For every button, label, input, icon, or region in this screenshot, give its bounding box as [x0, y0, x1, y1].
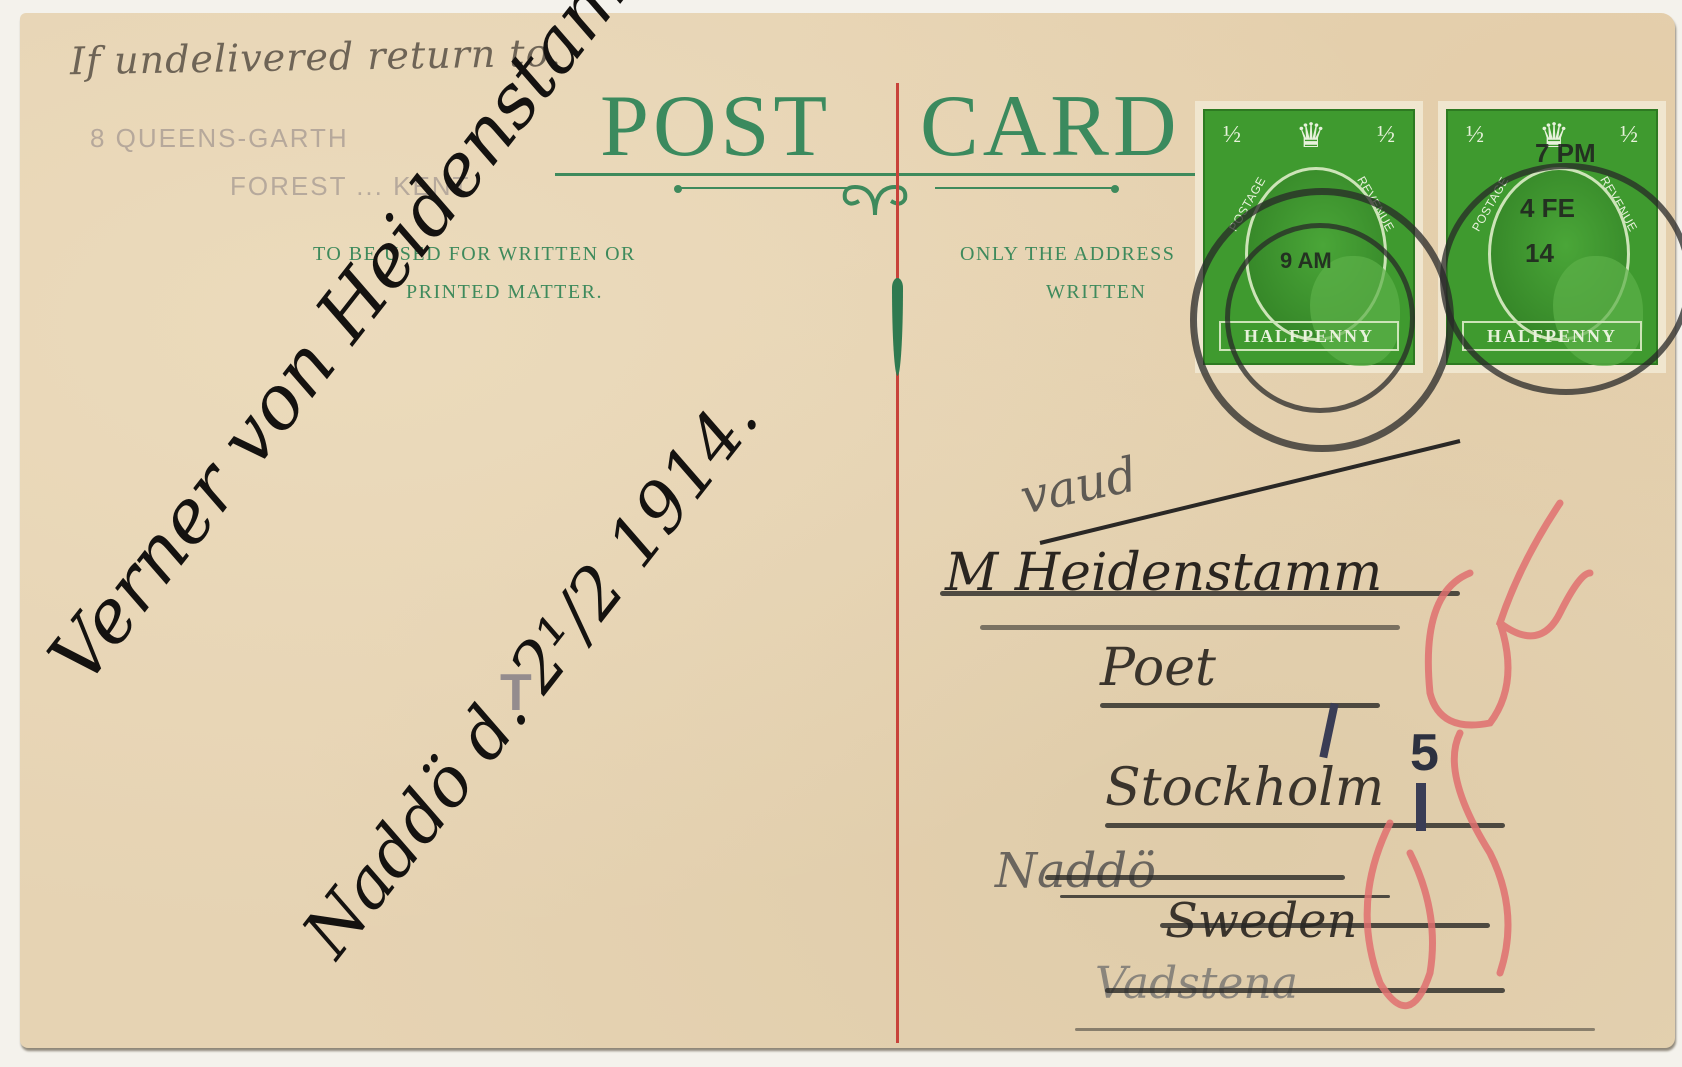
message-place-date: Naddö d. 2¹/2 1914.: [288, 380, 775, 972]
center-divider-line: [896, 83, 899, 1043]
postmark-time: 9 AM: [1280, 248, 1332, 274]
stamp-value-left: ½: [1464, 125, 1486, 147]
instructions-right-line2: WRITTEN: [1046, 281, 1146, 304]
postcard: If undelivered return to. 8 QUEENS-GARTH…: [20, 13, 1675, 1048]
postmark-2-year: 14: [1525, 238, 1554, 269]
ornament-dot-left: [674, 185, 682, 193]
address-line-vadstena: Vadstena: [1095, 958, 1298, 1009]
stamp-value-right: ½: [1618, 125, 1640, 147]
red-crayon-scrawl: [1310, 473, 1610, 1033]
divider-teardrop-ornament: [892, 278, 903, 376]
strikethrough: [1045, 875, 1345, 880]
instructions-left-line2: PRINTED MATTER.: [406, 281, 603, 304]
stamp-value-left: ½: [1221, 125, 1243, 147]
address-line-naddo: Naddö: [995, 843, 1156, 899]
crown-icon: ♛: [1283, 117, 1339, 157]
stamp-value-right: ½: [1375, 125, 1397, 147]
ornament-dot-right: [1111, 185, 1119, 193]
ornament-rule-right: [935, 187, 1115, 189]
return-address-line1: 8 QUEENS-GARTH: [90, 123, 349, 154]
address-line-poet: Poet: [1100, 638, 1216, 698]
scroll-ornament-icon: [815, 173, 935, 218]
postmark-2-time: 7 PM: [1535, 138, 1596, 169]
instructions-right-line1: ONLY THE ADDRESS: [960, 243, 1175, 266]
title-card: CARD: [920, 83, 1181, 171]
title-post: POST: [600, 83, 831, 171]
postmark-2-date: 4 FE: [1520, 193, 1575, 224]
